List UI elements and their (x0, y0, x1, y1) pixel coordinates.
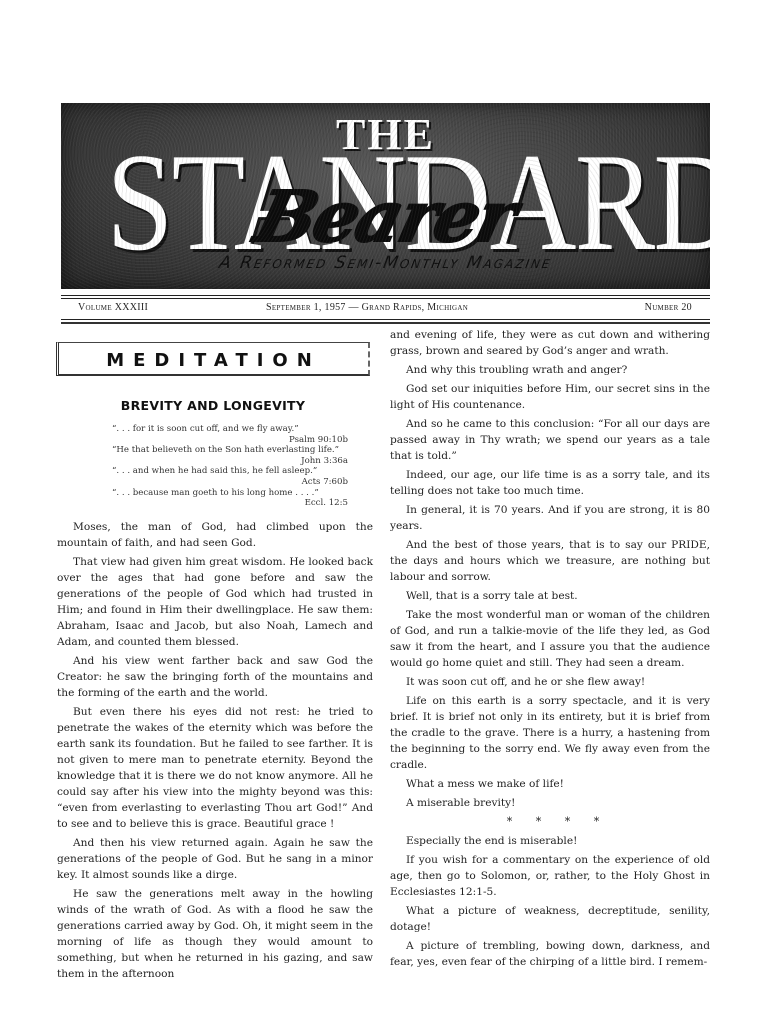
epigraph-reference: John 3:36a (112, 456, 348, 467)
paragraph: In general, it is 70 years. And if you a… (390, 502, 710, 534)
epigraph: “He that believeth on the Son hath everl… (112, 445, 348, 466)
paragraph: Moses, the man of God, had climbed upon … (57, 519, 373, 551)
paragraph: And the best of those years, that is to … (390, 537, 710, 585)
paragraph: What a mess we make of life! (390, 776, 710, 792)
paragraph: Indeed, our age, our life time is as a s… (390, 467, 710, 499)
paragraph: And then his view returned again. Again … (57, 835, 373, 883)
divider-top-inner (61, 298, 710, 299)
section-heading: MEDITATION (59, 350, 368, 371)
paragraph: If you wish for a commentary on the expe… (390, 852, 710, 900)
paragraph: God set our iniquities before Him, our s… (390, 381, 710, 413)
paragraph: What a picture of weakness, decreptitude… (390, 903, 710, 935)
divider-bottom-thick (61, 322, 710, 324)
epigraph-reference: Psalm 90:10b (112, 435, 348, 446)
paragraph: A picture of trembling, bowing down, dar… (390, 938, 710, 970)
paragraph: A miserable brevity! (390, 795, 710, 811)
epigraph: “. . . for it is soon cut off, and we fl… (112, 424, 348, 445)
masthead: THE STANDARD Bearer A Reformed Semi-Mont… (61, 103, 710, 289)
body-column-left: Moses, the man of God, had climbed upon … (57, 519, 373, 985)
paragraph: Well, that is a sorry tale at best. (390, 588, 710, 604)
epigraphs: “. . . for it is soon cut off, and we fl… (112, 424, 348, 509)
paragraph: And his view went farther back and saw G… (57, 653, 373, 701)
body-column-right: and evening of life, they were as cut do… (390, 327, 710, 973)
paragraph: But even there his eyes did not rest: he… (57, 704, 373, 832)
epigraph-text: “. . . for it is soon cut off, and we fl… (112, 424, 348, 435)
paragraph: Take the most wonderful man or woman of … (390, 607, 710, 671)
issue-number: Number 20 (645, 302, 692, 313)
issue-info-bar: Volume XXXIII September 1, 1957 — Grand … (78, 302, 698, 316)
paragraph: And so he came to this conclusion: “For … (390, 416, 710, 464)
epigraph-text: “He that believeth on the Son hath everl… (112, 445, 348, 456)
issue-dateline: September 1, 1957 — Grand Rapids, Michig… (266, 302, 468, 313)
issue-volume: Volume XXXIII (78, 302, 148, 313)
divider-top (61, 295, 710, 296)
masthead-tagline: A Reformed Semi-Monthly Magazine (61, 253, 710, 273)
epigraph-reference: Acts 7:60b (112, 477, 348, 488)
epigraph: “. . . and when he had said this, he fel… (112, 466, 348, 487)
paragraph: And why this troubling wrath and anger? (390, 362, 710, 378)
paragraph: That view had given him great wisdom. He… (57, 554, 373, 650)
epigraph-text: “. . . and when he had said this, he fel… (112, 466, 348, 477)
epigraph-text: “. . . because man goeth to his long hom… (112, 488, 348, 499)
section-heading-box: MEDITATION (56, 342, 370, 376)
epigraph-reference: Eccl. 12:5 (112, 498, 348, 509)
article-title: BREVITY AND LONGEVITY (56, 398, 370, 413)
paragraph: Life on this earth is a sorry spectacle,… (390, 693, 710, 773)
section-separator: * * * * (390, 814, 710, 830)
paragraph: He saw the generations melt away in the … (57, 886, 373, 982)
divider-bottom (61, 319, 710, 320)
paragraph-continuation: and evening of life, they were as cut do… (390, 327, 710, 359)
paragraph: Especially the end is miserable! (390, 833, 710, 849)
epigraph: “. . . because man goeth to his long hom… (112, 488, 348, 509)
paragraph: It was soon cut off, and he or she flew … (390, 674, 710, 690)
masthead-script-bearer: Bearer (61, 175, 710, 258)
